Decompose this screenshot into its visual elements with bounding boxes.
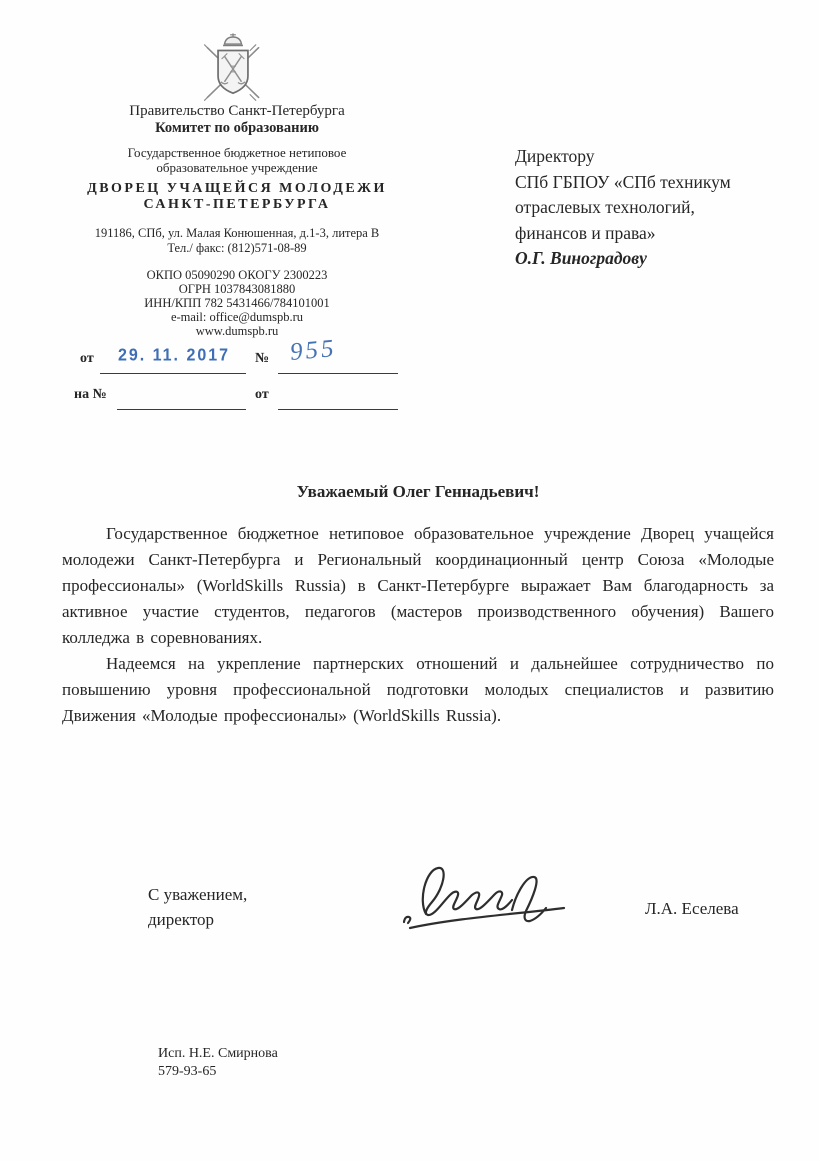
ref-number-label: № bbox=[255, 351, 269, 367]
scanned-letter-page: Правительство Санкт-Петербурга Комитет п… bbox=[0, 0, 819, 1161]
date-stamp: 29. 11. 2017 bbox=[103, 346, 245, 366]
org-name-line-2: САНКТ-ПЕТЕРБУРГА bbox=[42, 197, 432, 213]
recipient-org-line2: отраслевых технологий, bbox=[515, 195, 810, 221]
ref-from-label: от bbox=[80, 351, 94, 367]
org-ogrn: ОГРН 1037843081880 bbox=[42, 282, 432, 297]
org-inn-kpp: ИНН/КПП 782 5431466/784101001 bbox=[42, 296, 432, 311]
handwritten-number: 955 bbox=[289, 335, 338, 367]
org-name-line-1: ДВОРЕЦ УЧАЩЕЙСЯ МОЛОДЕЖИ bbox=[42, 181, 432, 197]
executor-name: Исп. Н.Е. Смирнова bbox=[158, 1046, 278, 1062]
org-okpo: ОКПО 05090290 ОКОГУ 2300223 bbox=[42, 268, 432, 283]
body-paragraph-1: Государственное бюджетное нетиповое обра… bbox=[62, 521, 774, 651]
org-email: e-mail: office@dumspb.ru bbox=[42, 310, 432, 325]
recipient-name: О.Г. Виноградову bbox=[515, 246, 810, 272]
signatory-name: Л.А. Еселева bbox=[645, 899, 739, 919]
salutation: Уважаемый Олег Геннадьевич! bbox=[62, 482, 774, 502]
ref-reply-from-label: от bbox=[255, 387, 269, 403]
ref-reply-number-label: на № bbox=[74, 387, 107, 403]
org-website: www.dumspb.ru bbox=[42, 324, 432, 339]
closing-line-2: директор bbox=[148, 910, 214, 929]
executor-phone: 579-93-65 bbox=[158, 1064, 216, 1080]
org-type-line-1: Государственное бюджетное нетиповое bbox=[42, 145, 432, 161]
recipient-org-line1: СПб ГБПОУ «СПб техникум bbox=[515, 170, 810, 196]
letter-body: Государственное бюджетное нетиповое обра… bbox=[62, 521, 774, 729]
org-phone: Тел./ факс: (812)571-08-89 bbox=[42, 241, 432, 256]
recipient-block: Директору СПб ГБПОУ «СПб техникум отрасл… bbox=[515, 144, 810, 272]
reply-date-underline bbox=[278, 408, 398, 410]
reply-number-underline bbox=[117, 408, 246, 410]
org-type-line-2: образовательное учреждение bbox=[42, 160, 432, 176]
handwritten-signature-icon bbox=[396, 856, 576, 936]
closing-line-1: С уважением, bbox=[148, 885, 247, 904]
committee-line: Комитет по образованию bbox=[42, 120, 432, 137]
org-address: 191186, СПб, ул. Малая Конюшенная, д.1-3… bbox=[42, 226, 432, 241]
body-paragraph-2: Надеемся на укрепление партнерских отнош… bbox=[62, 651, 774, 729]
recipient-title: Директору bbox=[515, 144, 810, 170]
date-underline bbox=[100, 372, 246, 374]
closing-block: С уважением,директор bbox=[148, 882, 247, 932]
government-line: Правительство Санкт-Петербурга bbox=[42, 103, 432, 120]
spb-coat-of-arms-icon bbox=[196, 32, 270, 106]
number-underline bbox=[278, 372, 398, 374]
recipient-org-line3: финансов и права» bbox=[515, 221, 810, 247]
